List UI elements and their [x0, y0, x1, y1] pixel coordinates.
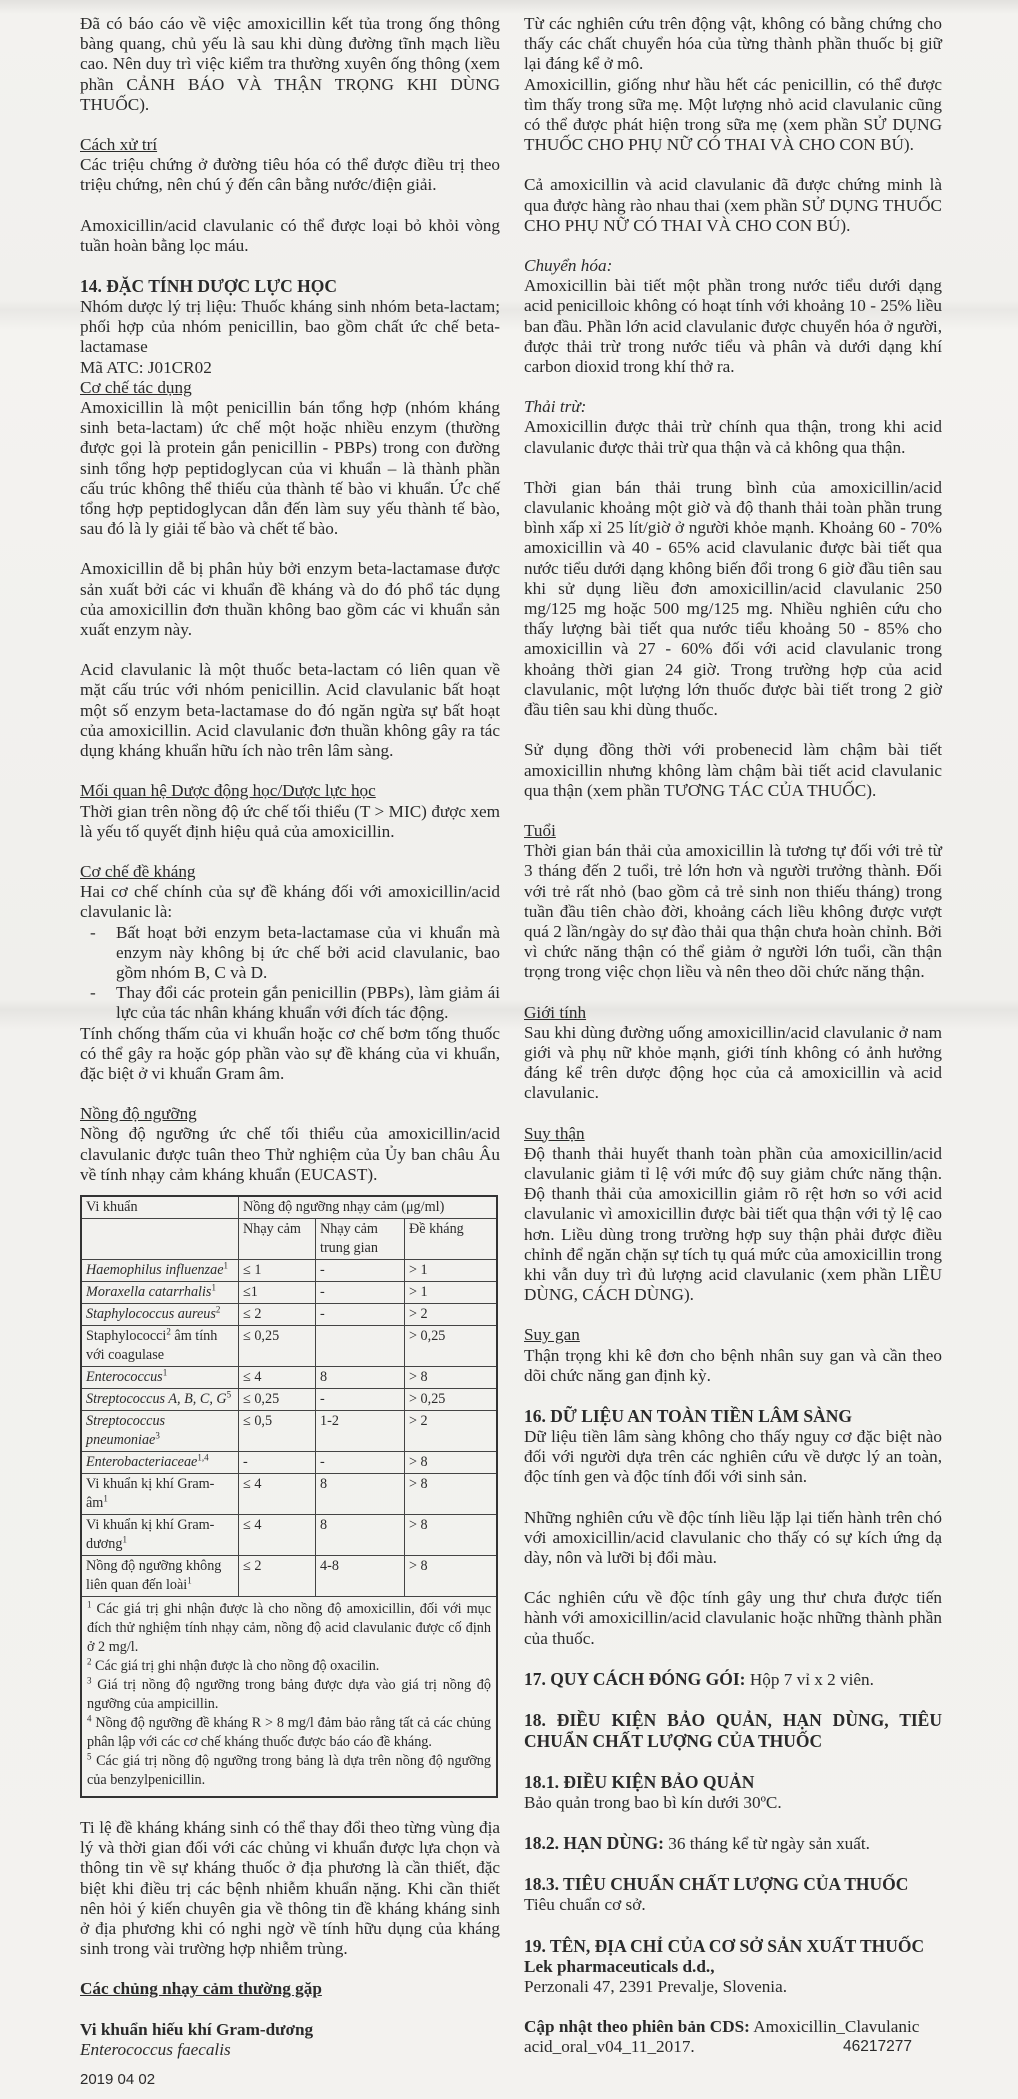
age-heading: Tuổi: [524, 821, 942, 841]
table-row: Enterococcus1≤ 48> 8: [81, 1366, 497, 1388]
table-row: Enterobacteriaceae1,4--> 8: [81, 1451, 497, 1473]
intermediate-cell: 8: [316, 1473, 405, 1514]
gram-positive-item: Enterococcus faecalis: [80, 2040, 500, 2060]
resistant-cell: > 1: [405, 1259, 498, 1281]
table-notes-row: 1 Các giá trị ghi nhận được là cho nồng …: [81, 1596, 497, 1797]
mechanism-heading: Cơ chế tác dụng: [80, 378, 500, 398]
section-18-3-title: 18.3. TIÊU CHUẨN CHẤT LƯỢNG CỦA THUỐC: [524, 1874, 942, 1895]
overdose-intro: Đã có báo cáo về việc amoxicillin kết tủ…: [80, 14, 500, 115]
metabolism-heading: Chuyển hóa:: [524, 256, 942, 276]
footnote: 5 Các giá trị nồng độ ngưỡng trong bảng …: [87, 1752, 491, 1790]
document-number: 46217277: [843, 2037, 912, 2057]
resistance-outro: Tính chống thấm của vi khuẩn hoặc cơ chế…: [80, 1024, 500, 1085]
placenta-text: Cả amoxicillin và acid clavulanic đã đượ…: [524, 175, 942, 236]
susceptible-cell: ≤ 2: [239, 1303, 316, 1325]
resistance-intro: Hai cơ chế chính của sự đề kháng đối với…: [80, 882, 500, 922]
organism-cell: Streptococcus A, B, C, G5: [81, 1388, 239, 1410]
table-row: Vi khuẩn kị khí Gram-âm1≤ 48> 8: [81, 1473, 497, 1514]
intermediate-cell: -: [316, 1303, 405, 1325]
manufacturer-address: Perzonali 47, 2391 Prevalje, Slovenia.: [524, 1977, 942, 1997]
organism-cell: Streptococcus pneumoniae3: [81, 1410, 239, 1451]
susceptible-cell: -: [239, 1451, 316, 1473]
susceptible-cell: ≤ 4: [239, 1473, 316, 1514]
resistant-cell: > 0,25: [405, 1325, 498, 1366]
header-resistant: Đề kháng: [405, 1218, 498, 1259]
breakpoint-table: Vi khuẩn Nồng độ ngưỡng nhạy cảm (μg/ml)…: [80, 1195, 498, 1798]
intermediate-cell: -: [316, 1451, 405, 1473]
manufacturer-name: Lek pharmaceuticals d.d.,: [524, 1957, 942, 1977]
section-14-title: 14. ĐẶC TÍNH DƯỢC LỰC HỌC: [80, 276, 500, 297]
resistant-cell: > 2: [405, 1303, 498, 1325]
pharmaco-group: Nhóm dược lý trị liệu: Thuốc kháng sinh …: [80, 297, 500, 358]
organism-cell: Staphylococcus aureus2: [81, 1303, 239, 1325]
cds-label: Cập nhật theo phiên bản CDS:: [524, 2017, 750, 2036]
elimination-heading: Thải trừ:: [524, 397, 942, 417]
intermediate-cell: 1-2: [316, 1410, 405, 1451]
section-17-value: Hộp 7 vỉ x 2 viên.: [746, 1670, 874, 1689]
footnote: 4 Nồng độ ngưỡng đề kháng R > 8 mg/l đảm…: [87, 1714, 491, 1752]
cds-value: Amoxicillin_Clavulanic: [750, 2017, 919, 2036]
table-subheader-row: Nhạy cảm Nhạy cảm trung gian Đề kháng: [81, 1218, 497, 1259]
date-code: 2019 04 02: [80, 2070, 500, 2090]
gram-positive-heading: Vi khuẩn hiếu khí Gram-dương: [80, 2020, 500, 2040]
organism-cell: Enterobacteriaceae1,4: [81, 1451, 239, 1473]
breakpoint-text: Nồng độ ngưỡng ức chế tối thiểu của amox…: [80, 1124, 500, 1185]
hemodialysis-text: Amoxicillin/acid clavulanic có thể được …: [80, 216, 500, 256]
resistant-cell: > 8: [405, 1555, 498, 1596]
hepatic-heading: Suy gan: [524, 1325, 942, 1345]
section-18-title: 18. ĐIỀU KIỆN BẢO QUẢN, HẠN DÙNG, TIÊU C…: [524, 1710, 942, 1752]
betalactamase-text: Amoxicillin dễ bị phân hủy bởi enzym bet…: [80, 559, 500, 640]
susceptible-cell: ≤ 2: [239, 1555, 316, 1596]
resistant-cell: > 2: [405, 1410, 498, 1451]
resistance-heading: Cơ chế đề kháng: [80, 862, 500, 882]
table-row: Moraxella catarrhalis1≤1-> 1: [81, 1281, 497, 1303]
intermediate-cell: -: [316, 1281, 405, 1303]
halflife-text: Thời gian bán thải trung bình của amoxic…: [524, 478, 942, 720]
section-17: 17. QUY CÁCH ĐÓNG GÓI: Hộp 7 vỉ x 2 viên…: [524, 1669, 942, 1690]
elimination-text: Amoxicillin được thải trừ chính qua thận…: [524, 417, 942, 457]
renal-text: Độ thanh thải huyết thanh toàn phần của …: [524, 1144, 942, 1306]
resistant-cell: > 8: [405, 1473, 498, 1514]
intermediate-cell: 8: [316, 1366, 405, 1388]
table-row: Streptococcus pneumoniae3≤ 0,51-2> 2: [81, 1410, 497, 1451]
cds-footer-row: acid_oral_v04_11_2017. 46217277: [524, 2037, 942, 2057]
organism-cell: Haemophilus influenzae1: [81, 1259, 239, 1281]
header-susceptible: Nhạy cảm: [239, 1218, 316, 1259]
section-18-2-label: 18.2. HẠN DÙNG:: [524, 1833, 664, 1853]
susceptible-cell: ≤1: [239, 1281, 316, 1303]
table-row: Streptococcus A, B, C, G5≤ 0,25-> 0,25: [81, 1388, 497, 1410]
intermediate-cell: -: [316, 1388, 405, 1410]
table-row: Vi khuẩn kị khí Gram-dương1≤ 48> 8: [81, 1514, 497, 1555]
resistance-list: Bất hoạt bởi enzym beta-lactamase của vi…: [80, 923, 500, 1024]
prevalence-text: Ti lệ đề kháng kháng sinh có thể thay đổ…: [80, 1818, 500, 1959]
breakpoint-heading: Nồng độ ngưỡng: [80, 1104, 500, 1124]
organism-cell: Staphylococci2 âm tính với coagulase: [81, 1325, 239, 1366]
gender-text: Sau khi dùng đường uống amoxicillin/acid…: [524, 1023, 942, 1104]
table-row: Staphylococci2 âm tính với coagulase≤ 0,…: [81, 1325, 497, 1366]
age-text: Thời gian bán thải của amoxicillin là tư…: [524, 841, 942, 982]
probenecid-text: Sử dụng đồng thời với probenecid làm chậ…: [524, 740, 942, 801]
resistant-cell: > 8: [405, 1514, 498, 1555]
organism-cell: Moraxella catarrhalis1: [81, 1281, 239, 1303]
susceptible-cell: ≤ 0,5: [239, 1410, 316, 1451]
header-intermediate: Nhạy cảm trung gian: [316, 1218, 405, 1259]
header-organism: Vi khuẩn: [81, 1196, 239, 1219]
carcinogenicity-text: Các nghiên cứu về độc tính gây ung thư c…: [524, 1588, 942, 1649]
clavulanic-text: Acid clavulanic là một thuốc beta-lactam…: [80, 660, 500, 761]
footnote: 1 Các giá trị ghi nhận được là cho nồng …: [87, 1600, 491, 1657]
table-footnotes: 1 Các giá trị ghi nhận được là cho nồng …: [81, 1596, 497, 1797]
cds-version: Cập nhật theo phiên bản CDS: Amoxicillin…: [524, 2017, 942, 2037]
intermediate-cell: -: [316, 1259, 405, 1281]
milk-text: Amoxicillin, giống như hầu hết các penic…: [524, 75, 942, 156]
metabolism-text: Amoxicillin bài tiết một phần trong nước…: [524, 276, 942, 377]
intermediate-cell: 4-8: [316, 1555, 405, 1596]
section-17-label: 17. QUY CÁCH ĐÓNG GÓI:: [524, 1669, 746, 1689]
susceptible-cell: ≤ 0,25: [239, 1388, 316, 1410]
section-19-title: 19. TÊN, ĐỊA CHỈ CỦA CƠ SỞ SẢN XUẤT THUỐ…: [524, 1936, 942, 1957]
pkpd-text: Thời gian trên nồng độ ức chế tối thiểu …: [80, 802, 500, 842]
resistant-cell: > 1: [405, 1281, 498, 1303]
table-header-row: Vi khuẩn Nồng độ ngưỡng nhạy cảm (μg/ml): [81, 1196, 497, 1219]
pkpd-heading: Mối quan hệ Dược động học/Dược lực học: [80, 781, 500, 801]
hepatic-text: Thận trọng khi kê đơn cho bệnh nhân suy …: [524, 1346, 942, 1386]
preclinical-text: Dữ liệu tiền lâm sàng không cho thấy ngu…: [524, 1427, 942, 1488]
management-heading: Cách xử trí: [80, 135, 500, 155]
intermediate-cell: [316, 1325, 405, 1366]
resistance-item: Bất hoạt bởi enzym beta-lactamase của vi…: [116, 923, 500, 984]
intermediate-cell: 8: [316, 1514, 405, 1555]
table-row: Staphylococcus aureus2≤ 2-> 2: [81, 1303, 497, 1325]
table-row: Haemophilus influenzae1≤ 1-> 1: [81, 1259, 497, 1281]
renal-heading: Suy thận: [524, 1124, 942, 1144]
susceptible-cell: ≤ 0,25: [239, 1325, 316, 1366]
mechanism-text: Amoxicillin là một penicillin bán tổng h…: [80, 398, 500, 539]
organism-cell: Nồng độ ngưỡng không liên quan đến loài1: [81, 1555, 239, 1596]
animal-text: Từ các nghiên cứu trên động vật, không c…: [524, 14, 942, 75]
section-18-3-text: Tiêu chuẩn cơ sở.: [524, 1895, 942, 1915]
atc-code: Mã ATC: J01CR02: [80, 358, 500, 378]
leaflet-page: Đã có báo cáo về việc amoxicillin kết tủ…: [0, 0, 1018, 2099]
organism-cell: Enterococcus1: [81, 1366, 239, 1388]
footnote: 3 Giá trị nồng độ ngưỡng trong bảng được…: [87, 1676, 491, 1714]
susceptible-cell: ≤ 4: [239, 1514, 316, 1555]
section-18-2-value: 36 tháng kể từ ngày sản xuất.: [664, 1834, 870, 1853]
right-column: Từ các nghiên cứu trên động vật, không c…: [524, 14, 942, 2057]
resistant-cell: > 0,25: [405, 1388, 498, 1410]
resistance-item: Thay đổi các protein gắn penicillin (PBP…: [116, 983, 500, 1023]
organism-cell: Vi khuẩn kị khí Gram-dương1: [81, 1514, 239, 1555]
section-16-title: 16. DỮ LIỆU AN TOÀN TIỀN LÂM SÀNG: [524, 1406, 942, 1427]
section-18-2: 18.2. HẠN DÙNG: 36 tháng kể từ ngày sản …: [524, 1833, 942, 1854]
section-18-1-title: 18.1. ĐIỀU KIỆN BẢO QUẢN: [524, 1772, 942, 1793]
susceptible-cell: ≤ 1: [239, 1259, 316, 1281]
resistant-cell: > 8: [405, 1451, 498, 1473]
resistant-cell: > 8: [405, 1366, 498, 1388]
organism-cell: Vi khuẩn kị khí Gram-âm1: [81, 1473, 239, 1514]
management-text: Các triệu chứng ở đường tiêu hóa có thể …: [80, 155, 500, 195]
susceptible-cell: ≤ 4: [239, 1366, 316, 1388]
left-column: Đã có báo cáo về việc amoxicillin kết tủ…: [80, 14, 500, 2090]
footnote: 2 Các giá trị ghi nhận được là cho nồng …: [87, 1657, 491, 1676]
gender-heading: Giới tính: [524, 1003, 942, 1023]
section-18-1-text: Bảo quản trong bao bì kín dưới 30ºC.: [524, 1793, 942, 1813]
cds-value-continued: acid_oral_v04_11_2017.: [524, 2037, 695, 2057]
header-breakpoint-group: Nồng độ ngưỡng nhạy cảm (μg/ml): [239, 1196, 498, 1219]
repeat-dose-text: Những nghiên cứu về độc tính liều lặp lạ…: [524, 1508, 942, 1569]
table-row: Nồng độ ngưỡng không liên quan đến loài1…: [81, 1555, 497, 1596]
susceptible-heading: Các chủng nhạy cảm thường gặp: [80, 1979, 500, 1999]
